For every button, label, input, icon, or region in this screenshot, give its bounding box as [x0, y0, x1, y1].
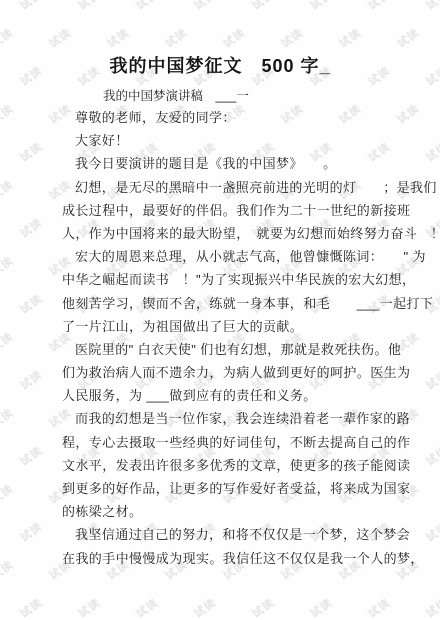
trial-read-watermark: 试读 — [423, 0, 440, 13]
document-page: 试读试读试读试读试读试读试读试读试读试读试读试读试读试读试读试读试读试读试读试读… — [0, 0, 440, 620]
essay-line: 大家好！ — [62, 129, 434, 152]
trial-read-watermark: 试读 — [0, 177, 16, 204]
essay-title: 我的中国梦征文 500 字_ — [0, 52, 440, 78]
trial-read-watermark: 试读 — [0, 25, 16, 52]
trial-read-watermark: 试读 — [162, 25, 191, 52]
trial-read-watermark: 试读 — [17, 367, 46, 394]
trial-read-watermark: 试读 — [17, 443, 46, 470]
trial-read-watermark: 试读 — [307, 595, 336, 620]
trial-read-watermark: 试读 — [0, 253, 16, 280]
essay-line: 文水平，发表出许很多多优秀的文章，使更多的孩子能阅读 — [62, 454, 434, 477]
essay-line: 的栋梁之材。 — [62, 500, 434, 523]
trial-read-watermark: 试读 — [17, 215, 46, 242]
essay-line: 到更多的好作品，让更多的写作爱好者受益，将来成为国家 — [62, 477, 434, 500]
essay-line: 人民服务，为 ___做到应有的责任和义务。 — [62, 384, 434, 407]
trial-read-watermark: 试读 — [75, 0, 104, 13]
essay-line: 们为救治病人而不遗余力，为病人做到更好的呵护。医生为 — [62, 361, 434, 384]
trial-read-watermark: 试读 — [46, 25, 75, 52]
essay-subtitle: 我的中国梦演讲稿 ___一 — [103, 86, 249, 104]
trial-read-watermark: 试读 — [0, 481, 16, 508]
essay-line: 人，作为中国将来的最大盼望， 就要为幻想而始终努力奋斗 ！ — [62, 222, 434, 245]
essay-line: 幻想，是无尽的黑暗中一盏照亮前进的光明的灯 ；是我们 — [62, 176, 434, 199]
essay-line: 了一片江山，为祖国做出了巨大的贡献。 — [62, 315, 434, 338]
trial-read-watermark: 试读 — [249, 0, 278, 13]
trial-read-watermark: 试读 — [0, 405, 16, 432]
trial-read-watermark: 试读 — [307, 0, 336, 13]
trial-read-watermark: 试读 — [17, 595, 46, 620]
trial-read-watermark: 试读 — [278, 25, 307, 52]
trial-read-watermark: 试读 — [17, 0, 46, 13]
essay-line: 中华之崛起而读书 ！"为了实现振兴中华民族的宏大幻想， — [62, 268, 434, 291]
trial-read-watermark: 试读 — [0, 329, 16, 356]
trial-read-watermark: 试读 — [0, 101, 16, 128]
trial-read-watermark: 试读 — [191, 595, 220, 620]
trial-read-watermark: 试读 — [336, 25, 365, 52]
essay-line: 程，专心去摄取一些经典的好词佳句，不断去提高自己的作 — [62, 431, 434, 454]
essay-line: 尊敬的老师，友爱的同学： — [62, 106, 434, 129]
trial-read-watermark: 试读 — [75, 595, 104, 620]
essay-line: 他刻苦学习，锲而不舍，练就一身本事，和毛 ___一起打下 — [62, 292, 434, 315]
trial-read-watermark: 试读 — [0, 557, 16, 584]
trial-read-watermark: 试读 — [191, 0, 220, 13]
trial-read-watermark: 试读 — [365, 595, 394, 620]
trial-read-watermark: 试读 — [220, 25, 249, 52]
trial-read-watermark: 试读 — [365, 0, 394, 13]
essay-line: 医院里的" 白衣天使" 们也有幻想，那就是救死扶伤。他 — [62, 338, 434, 361]
trial-read-watermark: 试读 — [104, 25, 133, 52]
essay-line: 我坚信通过自己的努力，和将不仅仅是一个梦，这个梦会 — [62, 523, 434, 546]
essay-body: 尊敬的老师，友爱的同学：大家好！我今日要演讲的题目是《我的中国梦》 。幻想，是无… — [62, 106, 434, 570]
trial-read-watermark: 试读 — [394, 25, 423, 52]
trial-read-watermark: 试读 — [133, 0, 162, 13]
essay-line: 成长过程中，最要好的伴侣。我们作为二十一世纪的新接班 — [62, 199, 434, 222]
trial-read-watermark: 试读 — [423, 595, 440, 620]
essay-line: 在我的手中慢慢成为现实。我信任这不仅仅是我一个人的梦， — [62, 547, 434, 570]
essay-line: 而我的幻想是当一位作家，我会连续沿着老一辈作家的路 — [62, 407, 434, 430]
trial-read-watermark: 试读 — [17, 291, 46, 318]
trial-read-watermark: 试读 — [17, 519, 46, 546]
trial-read-watermark: 试读 — [249, 595, 278, 620]
essay-line: 我今日要演讲的题目是《我的中国梦》 。 — [62, 152, 434, 175]
trial-read-watermark: 试读 — [17, 139, 46, 166]
essay-line: 宏大的周恩来总理，从小就志气高，他曾慷慨陈词： " 为 — [62, 245, 434, 268]
trial-read-watermark: 试读 — [133, 595, 162, 620]
